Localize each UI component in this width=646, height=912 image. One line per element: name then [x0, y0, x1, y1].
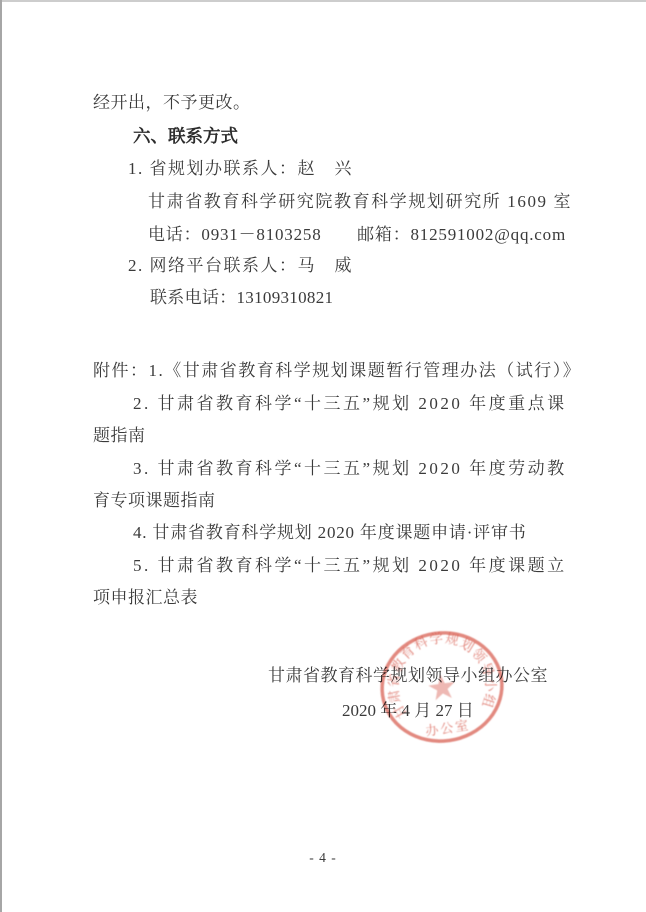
contact1-address: 甘肃省教育科学研究院教育科学规划研究所 1609 室: [148, 191, 572, 213]
scan-edge-top: [0, 0, 646, 2]
attachment-line-3: 题指南: [93, 425, 146, 447]
contact1-phone-email: 电话：0931－8103258 邮箱：812591002@qq.com: [148, 224, 566, 246]
seal-arc-text: 甘肃省教育科学规划领导小组: [378, 623, 502, 725]
attachment-line-2: 2. 甘肃省教育科学“十三五”规划 2020 年度重点课: [133, 393, 567, 415]
scan-edge-left: [0, 0, 2, 912]
attachment-line-8: 项申报汇总表: [93, 587, 198, 609]
contact1-title: 1. 省规划办联系人：赵 兴: [128, 158, 353, 180]
page-number: - 4 -: [0, 850, 646, 866]
attachment-line-7: 5. 甘肃省教育科学“十三五”规划 2020 年度课题立: [133, 555, 567, 577]
contact2-title: 2. 网络平台联系人：马 威: [128, 255, 353, 277]
section-heading: 六、联系方式: [133, 125, 238, 147]
attachment-line-4: 3. 甘肃省教育科学“十三五”规划 2020 年度劳动教: [133, 458, 567, 480]
attachment-line-5: 育专项课题指南: [93, 490, 216, 512]
attachment-line-1: 附件：1.《甘肃省教育科学规划课题暂行管理办法（试行）》: [93, 360, 581, 382]
seal-star-icon: [427, 672, 457, 701]
paragraph-lead: 经开出，不予更改。: [93, 92, 251, 114]
contact2-phone: 联系电话：13109310821: [150, 287, 333, 309]
document-page: 经开出，不予更改。 六、联系方式 1. 省规划办联系人：赵 兴 甘肃省教育科学研…: [0, 0, 646, 912]
official-seal-stamp: 甘肃省教育科学规划领导小组 办公室: [363, 608, 521, 766]
attachment-line-6: 4. 甘肃省教育科学规划 2020 年度课题申请·评审书: [133, 522, 527, 544]
